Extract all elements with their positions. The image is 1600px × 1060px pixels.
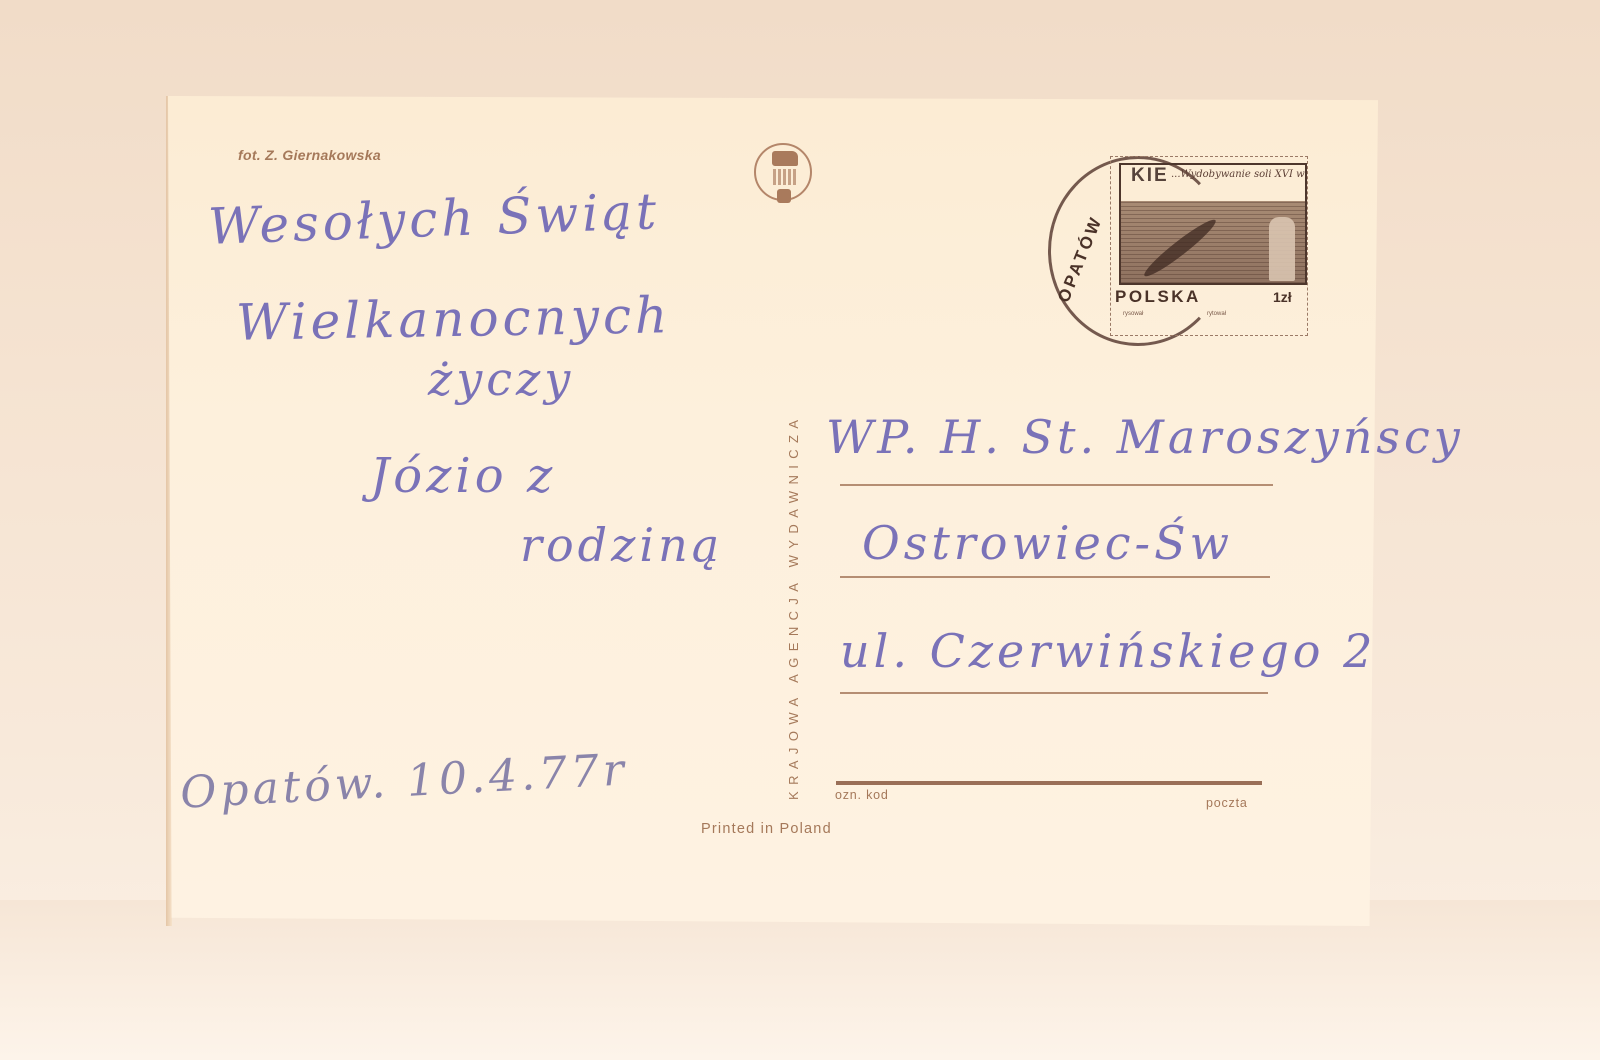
stamp-small-print-left: rysował: [1123, 311, 1143, 317]
address-line-3: ul. Czerwińskiego 2: [840, 624, 1376, 678]
post-office-label: poczta: [1206, 796, 1248, 810]
message-line-3: życzy: [428, 352, 574, 406]
stamp-figure-icon: [1269, 217, 1295, 281]
postage-stamp: ...Wydobywanie soli XVI w KIE POLSKA 1zł…: [1110, 156, 1308, 336]
message-line-2: Wielkanocnych: [236, 286, 672, 352]
postal-code-rule: [836, 781, 1262, 785]
stamp-caption: ...Wydobywanie soli XVI w: [1171, 169, 1305, 180]
photo-credit: fot. Z. Giernakowska: [238, 147, 381, 163]
postal-code-label: ozn. kod: [835, 788, 889, 802]
stamp-value: 1zł: [1273, 289, 1292, 305]
stamp-small-print-right: rytował: [1207, 311, 1226, 317]
printed-in-label: Printed in Poland: [701, 821, 832, 837]
stamp-frame: ...Wydobywanie soli XVI w KIE: [1119, 163, 1307, 285]
logo-top-shape: [772, 151, 798, 166]
address-line-1: WP. H. St. Maroszyńscy: [826, 410, 1464, 464]
address-line-2: Ostrowiec-Św: [862, 516, 1233, 570]
address-rule: [840, 576, 1270, 578]
stamp-cancel-text: KIE: [1131, 165, 1169, 187]
stamp-area: OPATÓW ...Wydobywanie soli XVI w KIE POL…: [1048, 148, 1310, 348]
publisher-logo-icon: [754, 143, 812, 201]
address-rule: [840, 484, 1273, 486]
logo-bottom-shape: [777, 189, 791, 203]
address-rule: [840, 692, 1268, 694]
message-line-4: Józio z: [370, 448, 556, 504]
message-line-5: rodziną: [520, 518, 723, 572]
publisher-name: KRAJOWA AGENCJA WYDAWNICZA: [786, 414, 801, 800]
stamp-engraving: [1121, 201, 1305, 283]
stamp-country: POLSKA: [1115, 287, 1201, 307]
stamp-fish-icon: [1140, 215, 1220, 281]
logo-text-dots: [773, 169, 797, 185]
